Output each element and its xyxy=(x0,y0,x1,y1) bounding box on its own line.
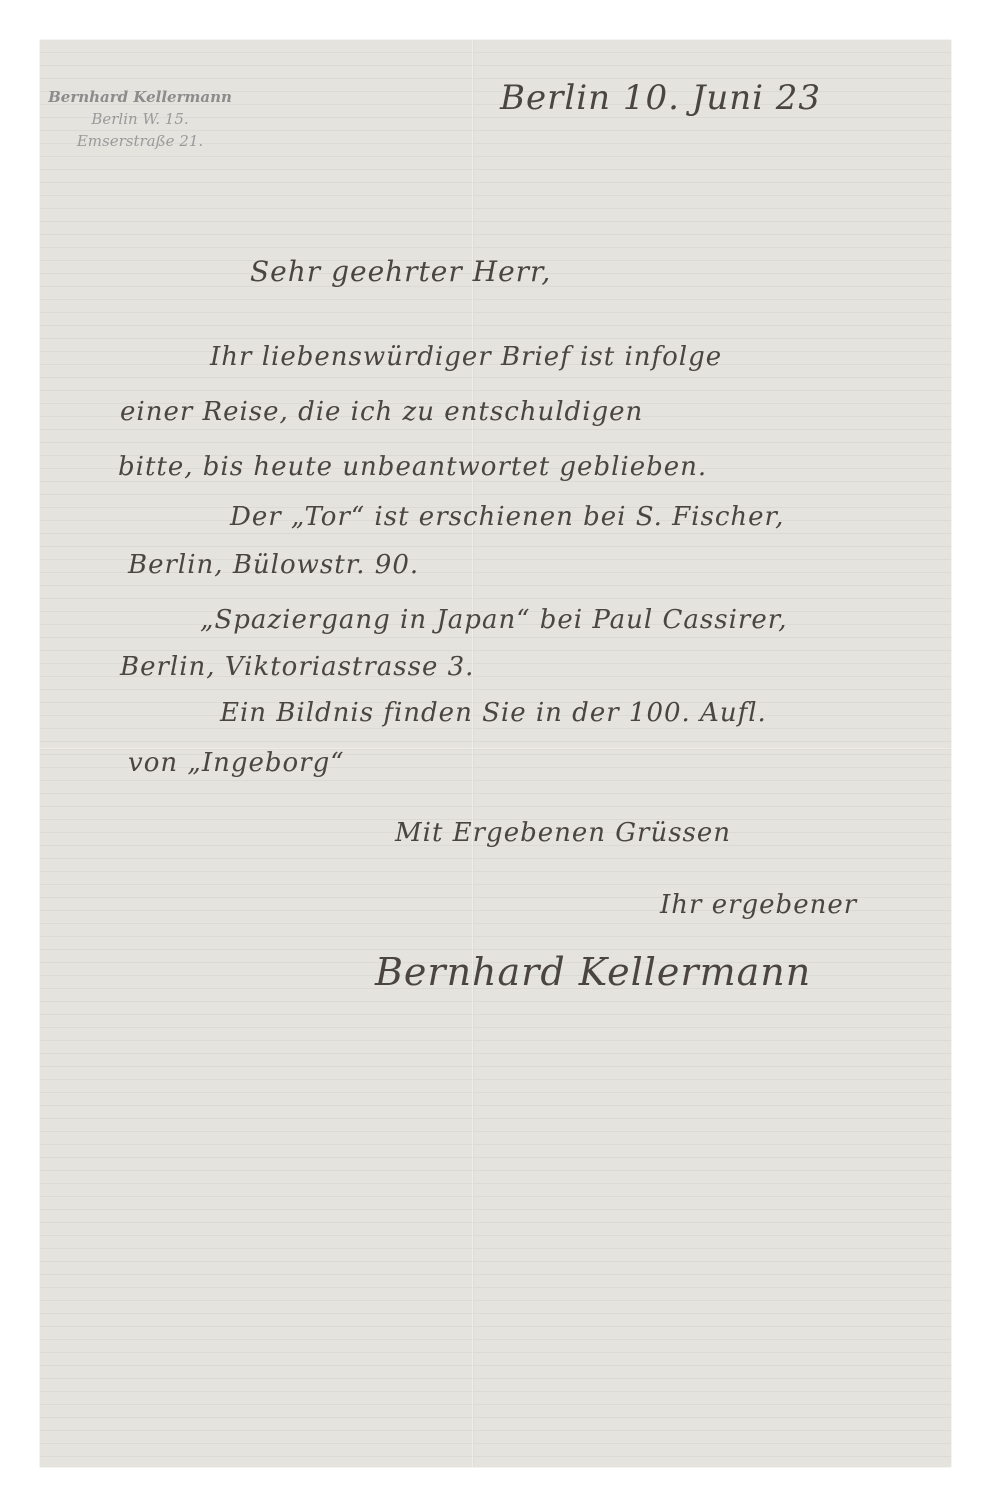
closing-greeting: Mit Ergebenen Grüssen xyxy=(395,818,731,848)
body-line-9: von „Ingeborg“ xyxy=(128,748,345,778)
letter-paper: Bernhard Kellermann Berlin W. 15. Emsers… xyxy=(40,40,951,1467)
body-line-6: „Spaziergang in Japan“ bei Paul Cassirer… xyxy=(200,605,788,635)
body-line-3: bitte, bis heute unbeantwortet geblieben… xyxy=(118,452,707,482)
salutation: Sehr geehrter Herr, xyxy=(250,255,551,288)
body-line-4: Der „Tor“ ist erschienen bei S. Fischer, xyxy=(230,502,784,532)
letterhead-stamp: Bernhard Kellermann Berlin W. 15. Emsers… xyxy=(40,86,240,152)
body-line-8: Ein Bildnis finden Sie in der 100. Aufl. xyxy=(220,698,767,728)
letterhead-city: Berlin W. 15. xyxy=(40,108,240,130)
letterhead-street: Emserstraße 21. xyxy=(40,130,240,152)
body-line-2: einer Reise, die ich zu entschuldigen xyxy=(120,397,643,427)
body-line-7: Berlin, Viktoriastrasse 3. xyxy=(120,652,474,682)
signature: Bernhard Kellermann xyxy=(375,950,811,994)
body-line-5: Berlin, Bülowstr. 90. xyxy=(128,550,419,580)
body-line-1: Ihr liebenswürdiger Brief ist infolge xyxy=(210,342,722,372)
closing-yours: Ihr ergebener xyxy=(660,890,857,920)
date-line: Berlin 10. Juni 23 xyxy=(500,78,821,118)
letterhead-name: Bernhard Kellermann xyxy=(40,86,240,108)
